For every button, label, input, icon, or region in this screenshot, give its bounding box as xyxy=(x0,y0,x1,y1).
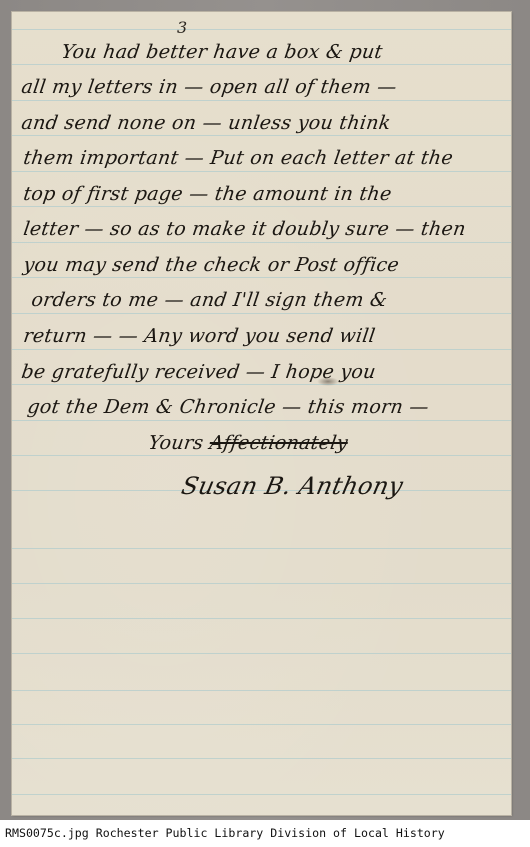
ruled-line xyxy=(12,653,511,654)
ruled-line xyxy=(12,135,511,136)
ruled-line xyxy=(12,349,511,350)
closing-word: Yours xyxy=(147,432,205,454)
closing: Yours Affectionately xyxy=(147,432,349,454)
ink-blot xyxy=(317,377,339,386)
letter-line-4: them important — Put on each letter at t… xyxy=(22,147,455,169)
ruled-line xyxy=(12,171,511,172)
ruled-line xyxy=(12,313,511,314)
ruled-line xyxy=(12,206,511,207)
letter-line-6: letter — so as to make it doubly sure — … xyxy=(22,218,467,240)
letter-line-7: you may send the check or Post office xyxy=(22,254,401,276)
ruled-line xyxy=(12,29,511,30)
signature: Susan B. Anthony xyxy=(179,472,406,500)
ruled-line xyxy=(12,794,511,795)
ruled-line xyxy=(12,758,511,759)
letter-page: 3 You had better have a box & put all my… xyxy=(12,12,511,815)
scan-viewer: 3 You had better have a box & put all my… xyxy=(0,0,530,820)
letter-line-11: got the Dem & Chronicle — this morn — xyxy=(26,396,430,418)
letter-line-9: return — — Any word you send will xyxy=(22,325,377,347)
ruled-line xyxy=(12,242,511,243)
struck-closing-word: Affectionately xyxy=(208,432,349,454)
letter-line-1: You had better have a box & put xyxy=(60,41,384,63)
ruled-line xyxy=(12,583,511,584)
letter-line-3: and send none on — unless you think xyxy=(20,112,392,134)
letter-line-8: orders to me — and I'll sign them & xyxy=(30,289,389,311)
ruled-line xyxy=(12,690,511,691)
letter-line-5: top of first page — the amount in the xyxy=(22,183,393,205)
ruled-line xyxy=(12,618,511,619)
image-caption: RMS0075c.jpg Rochester Public Library Di… xyxy=(0,820,530,847)
ruled-line xyxy=(12,455,511,456)
ruled-line xyxy=(12,100,511,101)
ruled-line xyxy=(12,384,511,385)
ruled-line xyxy=(12,724,511,725)
page-number: 3 xyxy=(177,18,187,37)
ruled-line xyxy=(12,548,511,549)
ruled-line xyxy=(12,277,511,278)
ruled-line xyxy=(12,64,511,65)
ruled-line xyxy=(12,420,511,421)
letter-line-2: all my letters in — open all of them — xyxy=(20,76,398,98)
